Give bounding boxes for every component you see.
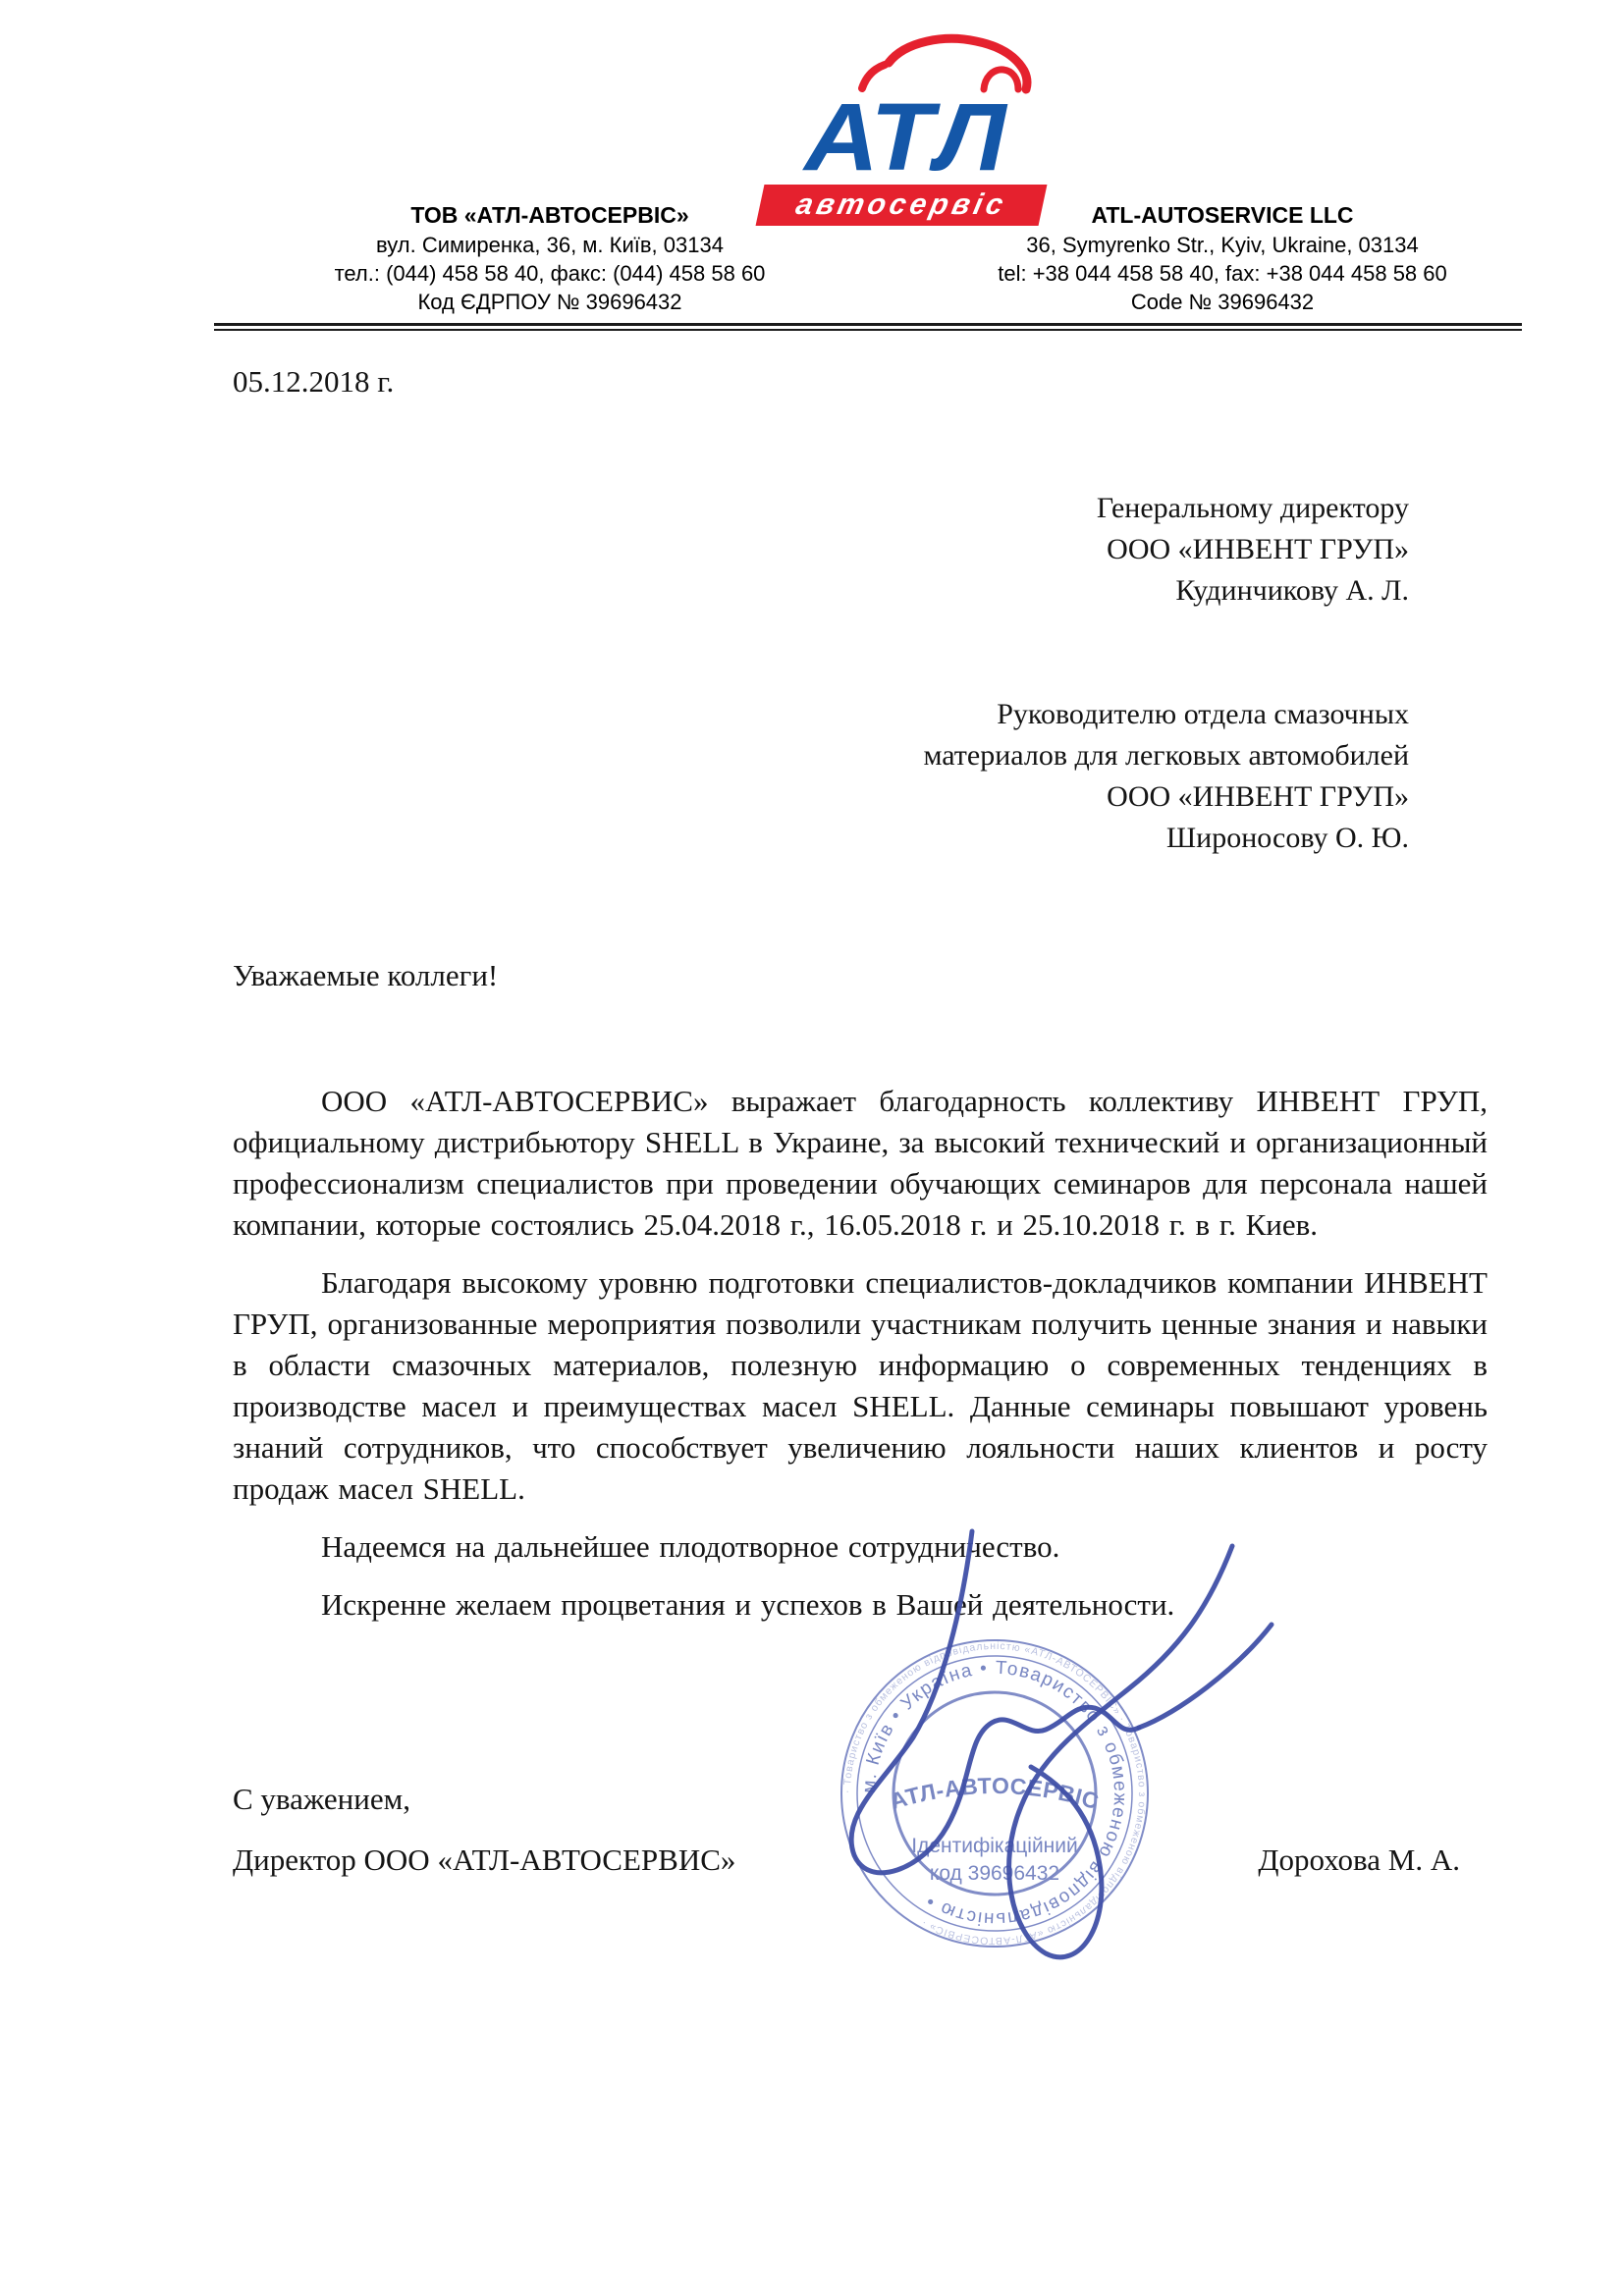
letter-date: 05.12.2018 г. xyxy=(233,361,1488,402)
paragraph-2: Благодаря высокому уровню подготовки спе… xyxy=(233,1262,1488,1510)
recipient-section: Генеральному директору ООО «ИНВЕНТ ГРУП»… xyxy=(233,447,1409,900)
signature-name: Дорохова М. А. xyxy=(1258,1840,1460,1881)
paragraph-1: ООО «АТЛ-АВТОСЕРВИС» выражает благодарно… xyxy=(233,1081,1488,1246)
signature-title: Директор ООО «АТЛ-АВТОСЕРВИС» xyxy=(233,1840,735,1881)
recipient-block-2: Руководителю отдела смазочных материалов… xyxy=(233,694,1409,859)
letter-content: 05.12.2018 г. Генеральному директору ООО… xyxy=(0,0,1624,1881)
recipient-block-1: Генеральному директору ООО «ИНВЕНТ ГРУП»… xyxy=(233,488,1409,612)
handwritten-signature xyxy=(815,1517,1286,1988)
letter-page: АТЛ автосервіс ТОВ «АТЛ-АВТОСЕРВІС» вул.… xyxy=(0,0,1624,2296)
salutation: Уважаемые коллеги! xyxy=(233,955,1488,996)
